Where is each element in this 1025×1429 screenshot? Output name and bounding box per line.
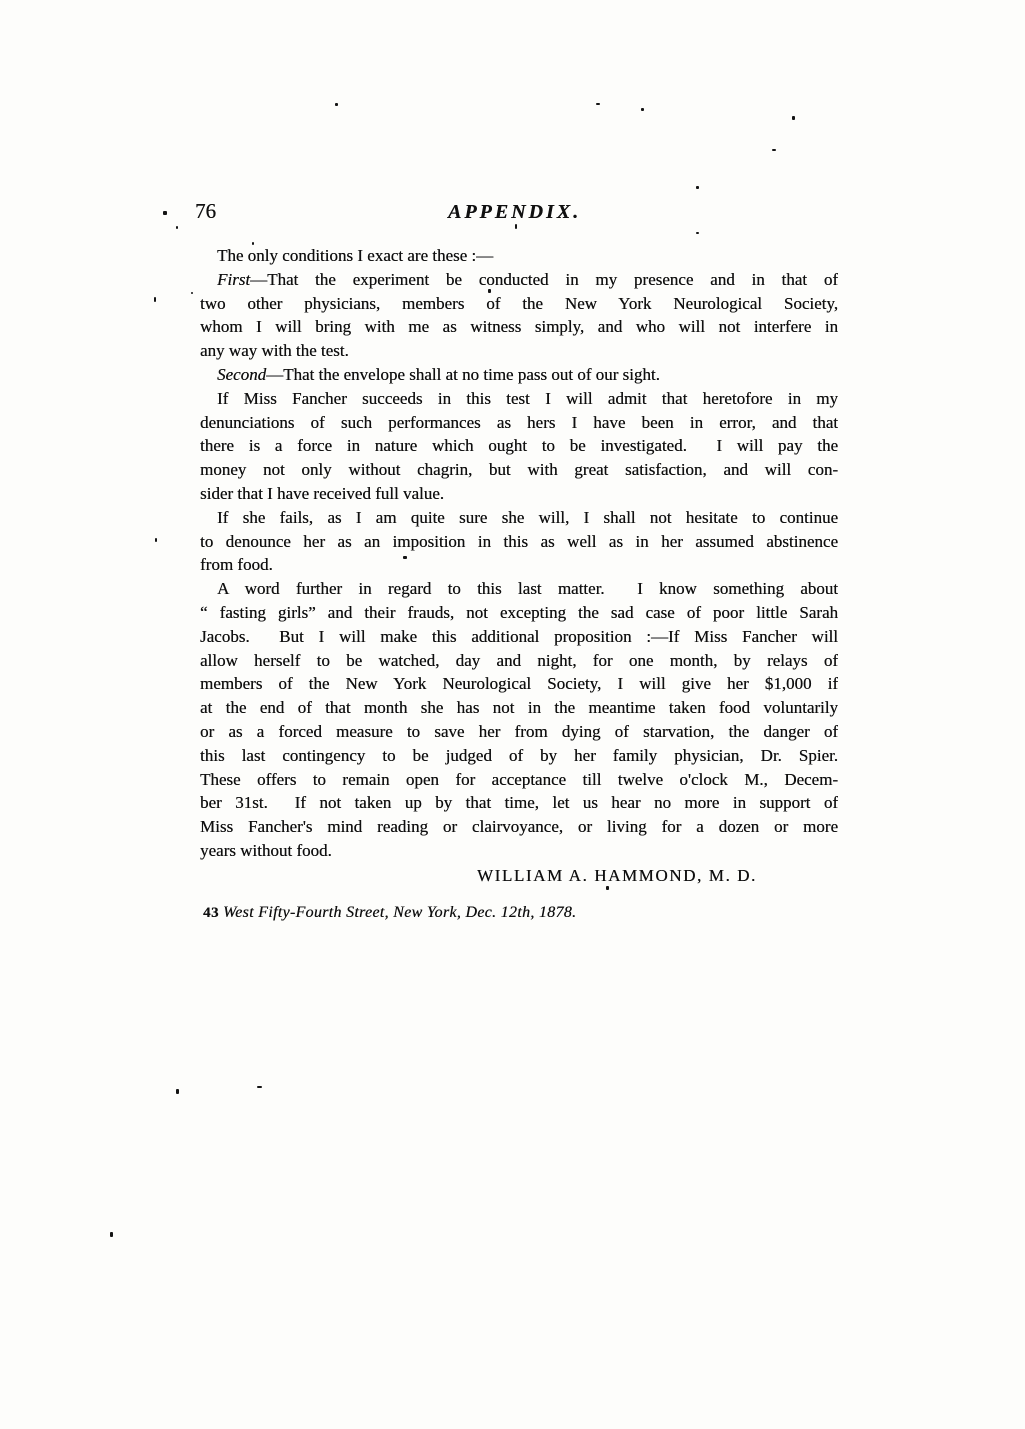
body-line: The only conditions I exact are these :— [200, 244, 838, 268]
ink-speck [176, 1089, 179, 1094]
ink-speck [110, 1232, 113, 1237]
ink-speck [696, 186, 699, 189]
ink-speck [335, 103, 338, 106]
body-line: whom I will bring with me as witness sim… [200, 315, 838, 339]
body-line: from food. [200, 553, 838, 577]
body-line: years without food. [200, 839, 838, 863]
body-line: A word further in regard to this last ma… [200, 577, 838, 601]
body-line: “ fasting girls” and their frauds, not e… [200, 601, 838, 625]
body-text: The only conditions I exact are these :—… [200, 244, 838, 863]
ink-speck [772, 149, 776, 151]
signature-line: WILLIAM A. HAMMOND, M. D. [477, 866, 757, 886]
ink-speck [191, 292, 193, 294]
body-line: denunciations of such performances as he… [200, 411, 838, 435]
dateline-text: West Fifty-Fourth Street, New York, Dec.… [223, 904, 576, 921]
ink-speck [641, 108, 644, 111]
body-line: Second—That the envelope shall at no tim… [200, 363, 838, 387]
body-line: If Miss Fancher succeeds in this test I … [200, 387, 838, 411]
ink-speck [515, 224, 517, 229]
body-line: First—That the experiment be conducted i… [200, 268, 838, 292]
body-line: any way with the test. [200, 339, 838, 363]
page-number: 76 [195, 199, 216, 224]
body-line: there is a force in nature which ought t… [200, 434, 838, 458]
ink-speck [154, 297, 156, 302]
body-line: or as a forced measure to save her from … [200, 720, 838, 744]
ink-speck [252, 242, 254, 245]
body-line: ber 31st. If not taken up by that time, … [200, 791, 838, 815]
body-line: two other physicians, members of the New… [200, 292, 838, 316]
body-line: Miss Fancher's mind reading or clairvoya… [200, 815, 838, 839]
body-line: to denounce her as an imposition in this… [200, 530, 838, 554]
body-line: allow herself to be watched, day and nig… [200, 649, 838, 673]
body-line: If she fails, as I am quite sure she wil… [200, 506, 838, 530]
ink-speck [606, 886, 609, 890]
body-line: this last contingency to be judged of by… [200, 744, 838, 768]
ink-speck [596, 103, 600, 105]
body-line: sider that I have received full value. [200, 482, 838, 506]
body-line: These offers to remain open for acceptan… [200, 768, 838, 792]
ink-speck [792, 116, 795, 120]
body-line: Jacobs. But I will make this additional … [200, 625, 838, 649]
ink-speck [163, 211, 167, 215]
ink-speck [155, 538, 157, 542]
ink-speck [403, 556, 407, 559]
ink-speck [488, 289, 491, 293]
ink-speck [696, 232, 699, 234]
running-head-title: APPENDIX. [448, 200, 581, 224]
ink-speck [176, 226, 178, 229]
ink-speck [257, 1086, 262, 1088]
scanned-book-page: 76 APPENDIX. The only conditions I exact… [0, 0, 1025, 1429]
dateline: 43 West Fifty-Fourth Street, New York, D… [203, 903, 576, 923]
body-line: at the end of that month she has not in … [200, 696, 838, 720]
body-line: members of the New York Neurological Soc… [200, 672, 838, 696]
dateline-street-number: 43 [203, 905, 219, 921]
body-line: money not only without chagrin, but with… [200, 458, 838, 482]
